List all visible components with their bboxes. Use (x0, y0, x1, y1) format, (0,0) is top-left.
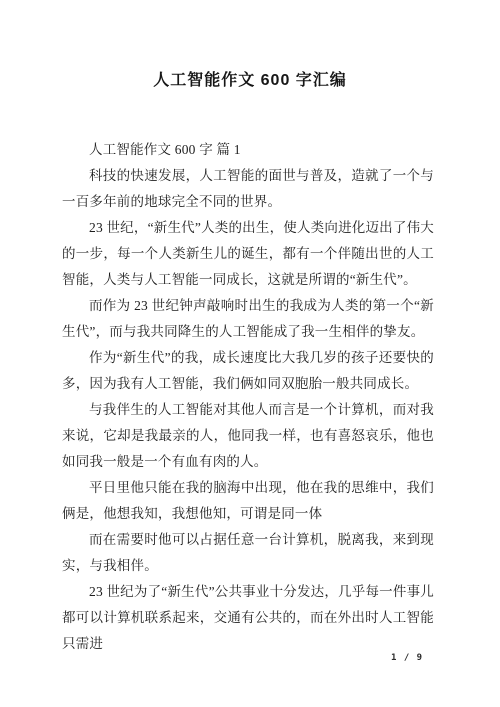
paragraph: 23 世纪，“新生代”人类的出生，使人类向进化迈出了伟大的一步，每一个人类新生儿… (62, 215, 434, 293)
page-number: 1 / 9 (391, 652, 423, 664)
paragraph: 而作为 23 世纪钟声敲响时出生的我成为人类的第一个“新生代”，而与我共同降生的… (62, 293, 434, 345)
document-body: 人工智能作文 600 字 篇 1 科技的快速发展，人工智能的面世与普及，造就了一… (62, 137, 434, 657)
paragraph: 与我伴生的人工智能对其他人而言是一个计算机，而对我来说，它却是我最亲的人，他同我… (62, 397, 434, 475)
document-page: 人工智能作文 600 字汇编 人工智能作文 600 字 篇 1 科技的快速发展，… (0, 0, 500, 707)
document-title: 人工智能作文 600 字汇编 (0, 71, 500, 91)
paragraph-heading: 人工智能作文 600 字 篇 1 (62, 137, 434, 163)
paragraph: 23 世纪为了“新生代”公共事业十分发达，几乎每一件事儿都可以计算机联系起来，交… (62, 579, 434, 657)
paragraph: 平日里他只能在我的脑海中出现，他在我的思维中，我们俩是，他想我知，我想他知，可谓… (62, 475, 434, 527)
paragraph: 作为“新生代”的我，成长速度比大我几岁的孩子还要快的多，因为我有人工智能，我们俩… (62, 345, 434, 397)
paragraph: 科技的快速发展，人工智能的面世与普及，造就了一个与一百多年前的地球完全不同的世界… (62, 163, 434, 215)
paragraph: 而在需要时他可以占据任意一台计算机，脱离我，来到现实，与我相伴。 (62, 527, 434, 579)
